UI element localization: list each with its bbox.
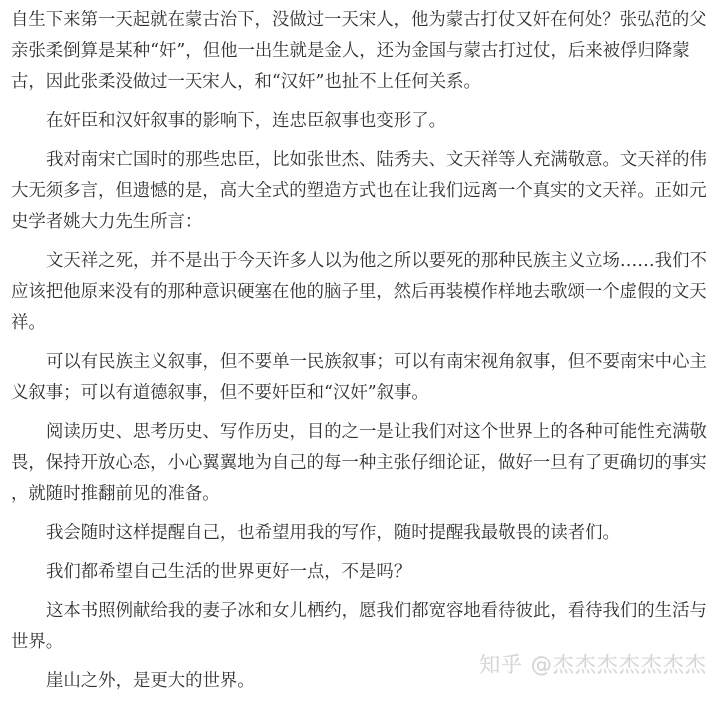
text-line: 大无须多言，但遗憾的是，高大全式的塑造方式也在让我们远离一个真实的文天祥。正如元 [11, 176, 711, 207]
text-line: 自生下来第一天起就在蒙古治下，没做过一天宋人，他为蒙古打仗又奸在何处？张弘范的父 [11, 5, 711, 36]
zhihu-author-handle: @杰杰杰杰杰杰杰 [531, 653, 707, 677]
text-line: 阅读历史、思考历史、写作历史，目的之一是让我们对这个世界上的各种可能性充满敬 [11, 417, 711, 448]
book-page: 自生下来第一天起就在蒙古治下，没做过一天宋人，他为蒙古打仗又奸在何处？张弘范的父… [0, 0, 720, 703]
paragraph: 阅读历史、思考历史、写作历史，目的之一是让我们对这个世界上的各种可能性充满敬畏，… [11, 417, 711, 510]
text-line: 应该把他原来没有的那种意识硬塞在他的脑子里，然后再装模作样地去歌颂一个虚假的文天 [11, 277, 711, 308]
text-line: 亲张柔倒算是某种“奸”，但他一出生就是金人，还为金国与蒙古打过仗，后来被俘归降蒙 [11, 36, 711, 67]
text-line: ，就随时推翻前见的准备。 [11, 479, 711, 510]
text-line: 这本书照例献给我的妻子冰和女儿栖约，愿我们都宽容地看待彼此，看待我们的生活与 [11, 596, 711, 627]
paragraph: 文天祥之死，并不是出于今天许多人以为他之所以要死的那种民族主义立场……我们不应该… [11, 246, 711, 339]
text-line: 古，因此张柔没做过一天宋人，和“汉奸”也扯不上任何关系。 [11, 67, 711, 98]
text-line: 我对南宋亡国时的那些忠臣，比如张世杰、陆秀夫、文天祥等人充满敬意。文天祥的伟 [11, 145, 711, 176]
text-line: 文天祥之死，并不是出于今天许多人以为他之所以要死的那种民族主义立场……我们不 [11, 246, 711, 277]
text-line: 畏，保持开放心态，小心翼翼地为自己的每一种主张仔细论证，做好一旦有了更确切的事实 [11, 448, 711, 479]
paragraph: 在奸臣和汉奸叙事的影响下，连忠臣叙事也变形了。 [11, 106, 711, 137]
paragraph: 我会随时这样提醒自己，也希望用我的写作，随时提醒我最敬畏的读者们。 [11, 518, 711, 549]
paragraph: 我对南宋亡国时的那些忠臣，比如张世杰、陆秀夫、文天祥等人充满敬意。文天祥的伟大无… [11, 145, 711, 238]
text-line: 史学者姚大力先生所言： [11, 207, 711, 238]
zhihu-brand-text: 知乎 [479, 653, 523, 677]
text-line: 我们都希望自己生活的世界更好一点，不是吗？ [11, 557, 711, 588]
text-line: 可以有民族主义叙事，但不要单一民族叙事；可以有南宋视角叙事，但不要南宋中心主 [11, 347, 711, 378]
text-line: 在奸臣和汉奸叙事的影响下，连忠臣叙事也变形了。 [11, 106, 711, 137]
paragraph: 可以有民族主义叙事，但不要单一民族叙事；可以有南宋视角叙事，但不要南宋中心主义叙… [11, 347, 711, 409]
paragraph: 我们都希望自己生活的世界更好一点，不是吗？ [11, 557, 711, 588]
zhihu-watermark: 知乎 @杰杰杰杰杰杰杰 [479, 649, 707, 679]
text-body: 自生下来第一天起就在蒙古治下，没做过一天宋人，他为蒙古打仗又奸在何处？张弘范的父… [11, 5, 711, 697]
text-line: 我会随时这样提醒自己，也希望用我的写作，随时提醒我最敬畏的读者们。 [11, 518, 711, 549]
text-line: 义叙事；可以有道德叙事，但不要奸臣和“汉奸”叙事。 [11, 378, 711, 409]
text-line: 祥。 [11, 308, 711, 339]
paragraph: 自生下来第一天起就在蒙古治下，没做过一天宋人，他为蒙古打仗又奸在何处？张弘范的父… [11, 5, 711, 98]
